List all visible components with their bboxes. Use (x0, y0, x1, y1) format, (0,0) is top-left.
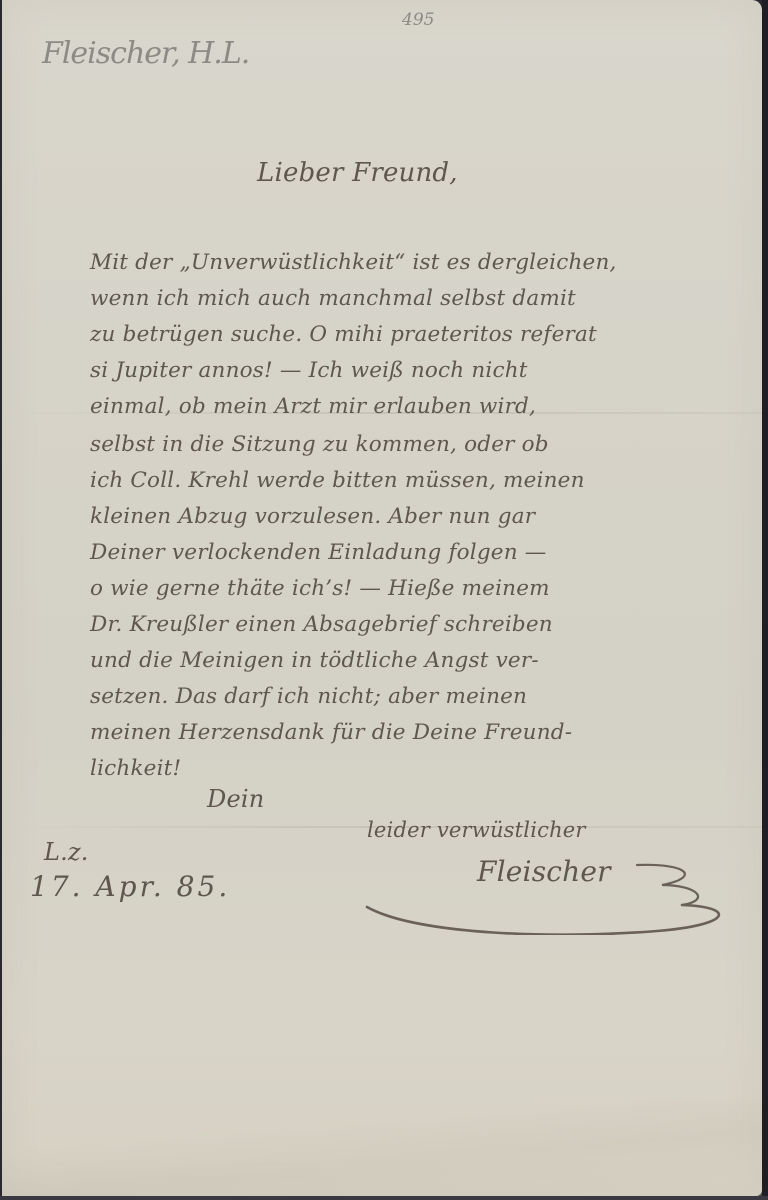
body-line: setzen. Das darf ich nicht; aber meinen (90, 684, 527, 709)
archive-pencil-note: Fleischer, H.L. (42, 36, 249, 71)
place-abbreviation: L.z. (44, 838, 89, 866)
body-line: selbst in die Sitzung zu kommen, oder ob (90, 432, 549, 457)
closing-word: Dein (207, 785, 264, 813)
body-line: Deiner verlockenden Einladung folgen — (90, 540, 547, 565)
document-scan: Fleischer, H.L. 495 Lieber Freund, Mit d… (0, 0, 768, 1200)
body-line: ich Coll. Krehl werde bitten müssen, mei… (90, 468, 585, 493)
scan-border-right (762, 0, 768, 1200)
body-line: wenn ich mich auch manchmal selbst damit (90, 286, 576, 311)
paper-crease (2, 1100, 762, 1196)
letter-page: Fleischer, H.L. 495 Lieber Freund, Mit d… (2, 0, 762, 1196)
body-line: Dr. Kreußler einen Absagebrief schreiben (90, 612, 553, 637)
body-line: einmal, ob mein Arzt mir erlauben wird, (90, 394, 536, 419)
body-line: meinen Herzensdank für die Deine Freund- (90, 720, 572, 745)
body-line: si Jupiter annos! — Ich weiß noch nicht (90, 358, 528, 383)
body-line: lichkeit! (90, 756, 181, 781)
body-line: kleinen Abzug vorzulesen. Aber nun gar (90, 504, 535, 529)
closing-phrase: leider verwüstlicher (367, 818, 586, 842)
body-line: Mit der „Unverwüstlichkeit“ ist es dergl… (90, 250, 617, 275)
letter-date: 17. Apr. 85. (30, 870, 230, 903)
body-line: und die Meinigen in tödtliche Angst ver- (90, 648, 539, 673)
salutation: Lieber Freund, (257, 158, 458, 188)
body-line: zu betrügen suche. O mihi praeteritos re… (90, 322, 597, 347)
body-line: o wie gerne thäte ich’s! — Hieße meinem (90, 576, 550, 601)
scan-border-bottom (0, 1196, 768, 1200)
folio-number: 495 (402, 10, 434, 30)
signature-flourish-icon (357, 855, 737, 935)
